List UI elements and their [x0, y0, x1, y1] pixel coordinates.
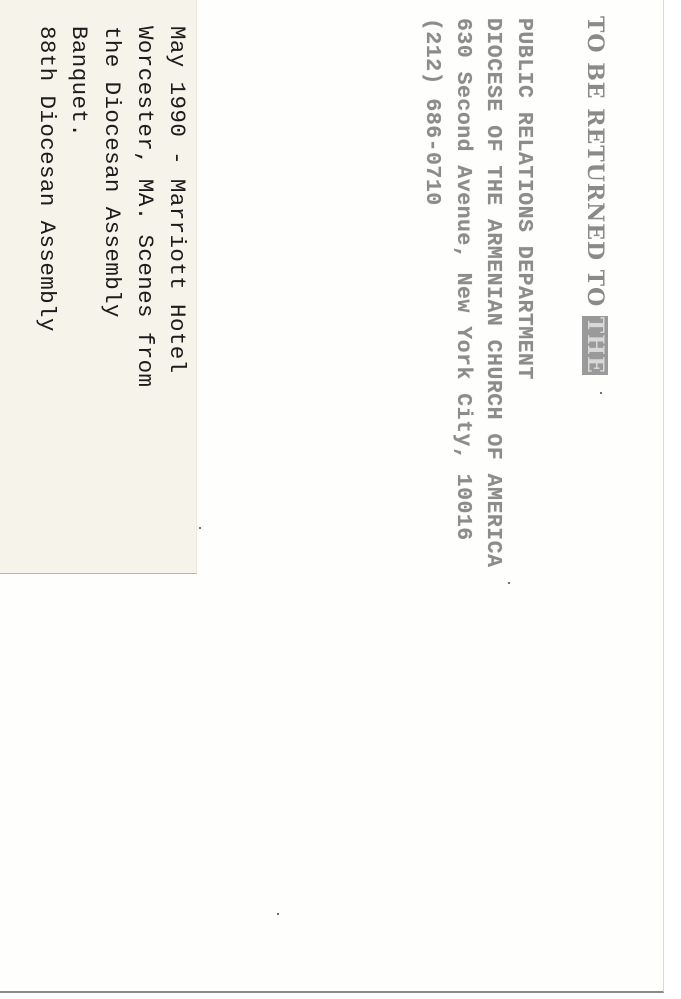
caption-line-4: Banquet. — [66, 26, 92, 137]
caption-label: May 1990 - Marriott Hotel Worcester, MA.… — [0, 0, 197, 574]
caption-line-3: the Diocesan Assembly — [99, 26, 125, 318]
caption-line-1: May 1990 - Marriott Hotel — [164, 26, 190, 374]
stamp-line-phone: (212) 686-0710 — [420, 18, 444, 206]
scan-speck — [277, 913, 279, 915]
stamp-title-text: TO BE RETURNED TO — [582, 16, 608, 316]
stamp-title-boxed-word: THE — [582, 316, 608, 375]
stamp-line-organization: DIOCESE OF THE ARMENIAN CHURCH OF AMERIC… — [481, 18, 505, 568]
scan-speck — [600, 392, 602, 394]
caption-line-2: Worcester, MA. Scenes from — [132, 26, 158, 387]
scan-speck — [508, 582, 510, 584]
caption-line-5: 88th Diocesan Assembly — [34, 26, 60, 332]
scan-speck — [199, 527, 201, 529]
stamp-line-department: PUBLIC RELATIONS DEPARTMENT — [512, 18, 536, 380]
photo-back-card: TO BE RETURNED TO THE PUBLIC RELATIONS D… — [0, 0, 664, 993]
stamp-title: TO BE RETURNED TO THE — [582, 16, 608, 375]
stamp-line-address: 630 Second Avenue, New York City, 10016 — [451, 18, 475, 541]
